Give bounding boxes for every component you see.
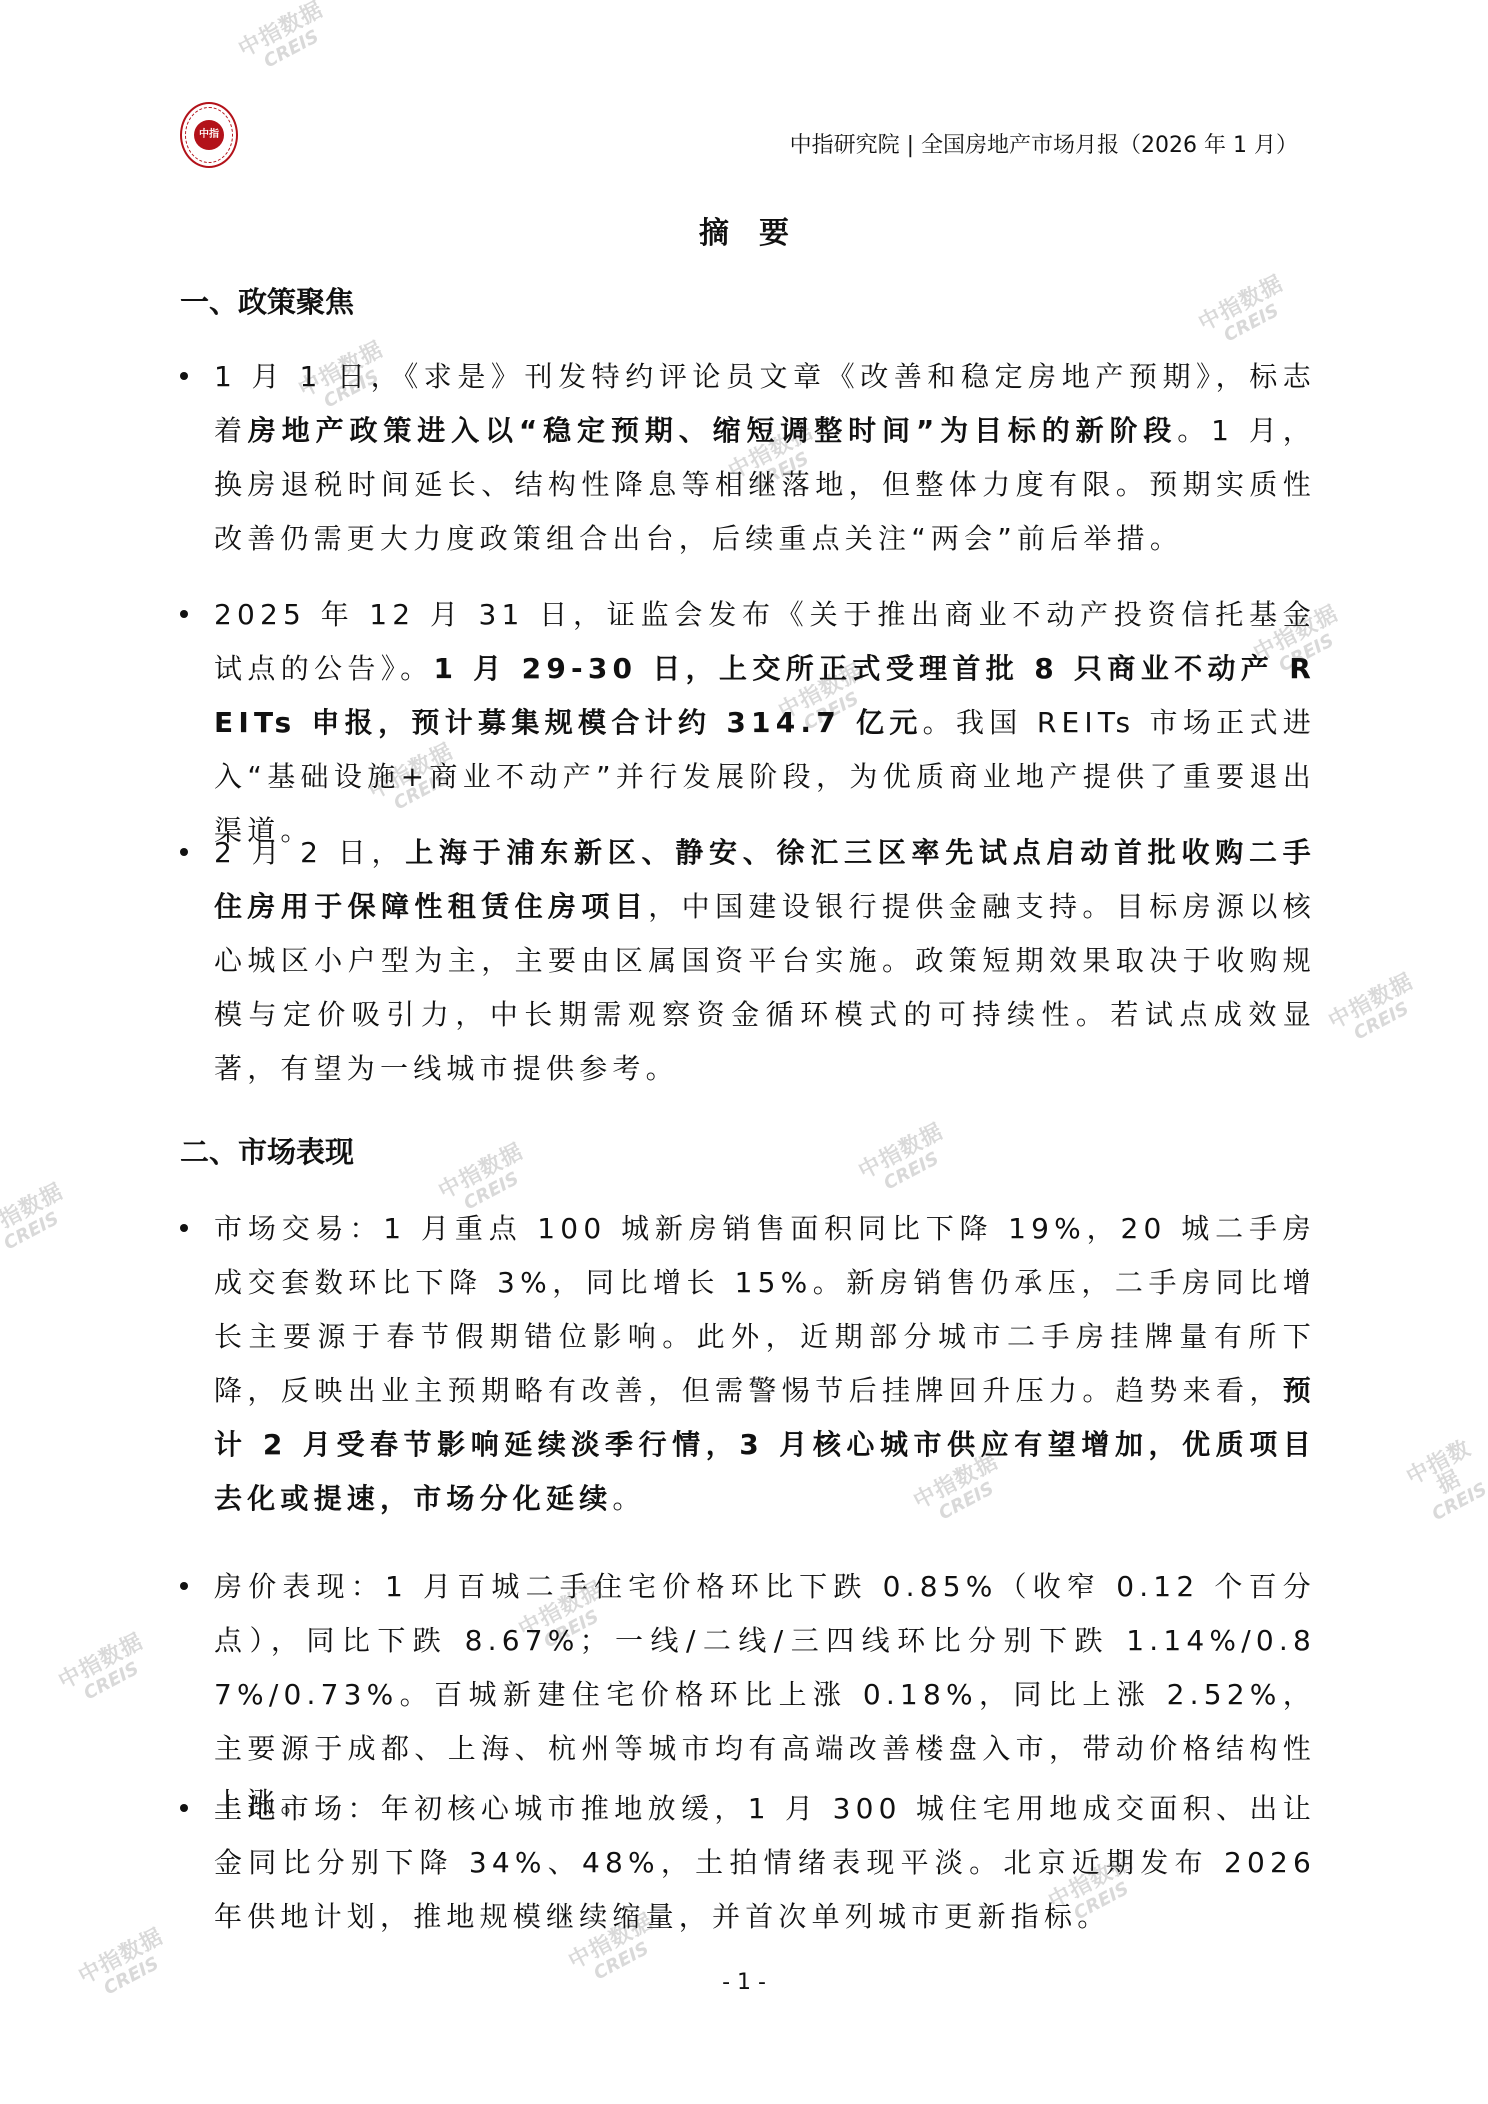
page-title: 摘要 bbox=[0, 208, 1488, 252]
section-heading-policy: 一、政策聚焦 bbox=[180, 280, 354, 321]
page-number: - 1 - bbox=[0, 1970, 1488, 1995]
list-item: 土地市场：年初核心城市推地放缓，1 月 300 城住宅用地成交面积、出让金同比分… bbox=[176, 1782, 1316, 1944]
watermark: 中指数据CREIS bbox=[56, 1631, 157, 1711]
report-header-title: 中指研究院 | 全国房地产市场月报（2026 年 1 月） bbox=[790, 128, 1298, 159]
list-item: 2 月 2 日，上海于浦东新区、静安、徐汇三区率先试点启动首批收购二手住房用于保… bbox=[176, 826, 1316, 1096]
watermark: 中指数据CREIS bbox=[1326, 971, 1427, 1051]
list-item: 2025 年 12 月 31 日，证监会发布《关于推出商业不动产投资信托基金试点… bbox=[176, 588, 1316, 858]
bullet-icon bbox=[180, 1582, 188, 1590]
bullet-text: 市场交易：1 月重点 100 城新房销售面积同比下降 19%，20 城二手房成交… bbox=[214, 1202, 1316, 1526]
bullet-icon bbox=[180, 1224, 188, 1232]
bullet-text: 1 月 1 日，《求是》刊发特约评论员文章《改善和稳定房地产预期》，标志着房地产… bbox=[214, 350, 1316, 566]
watermark: 中指数据CREIS bbox=[856, 1121, 957, 1201]
watermark: 中指数据CREIS bbox=[1196, 273, 1297, 353]
bullet-text: 土地市场：年初核心城市推地放缓，1 月 300 城住宅用地成交面积、出让金同比分… bbox=[214, 1782, 1316, 1944]
list-item: 市场交易：1 月重点 100 城新房销售面积同比下降 19%，20 城二手房成交… bbox=[176, 1202, 1316, 1526]
list-item: 1 月 1 日，《求是》刊发特约评论员文章《改善和稳定房地产预期》，标志着房地产… bbox=[176, 350, 1316, 566]
logo-ring-icon bbox=[185, 107, 233, 163]
watermark: 中指数据CREIS bbox=[236, 0, 337, 79]
document-page: 中指数据CREIS 中指数据CREIS 中指数据CREIS 中指数据CREIS … bbox=[0, 0, 1488, 2104]
watermark: 中指数据CREIS bbox=[1400, 1435, 1488, 1528]
bullet-icon bbox=[180, 372, 188, 380]
bullet-text: 2 月 2 日，上海于浦东新区、静安、徐汇三区率先试点启动首批收购二手住房用于保… bbox=[214, 826, 1316, 1096]
section-heading-market: 二、市场表现 bbox=[180, 1130, 354, 1171]
bullet-icon bbox=[180, 610, 188, 618]
watermark: 中指数据CREIS bbox=[0, 1181, 76, 1261]
bullet-text: 2025 年 12 月 31 日，证监会发布《关于推出商业不动产投资信托基金试点… bbox=[214, 588, 1316, 858]
bullet-icon bbox=[180, 848, 188, 856]
institute-logo: 中指 bbox=[180, 102, 238, 168]
bullet-icon bbox=[180, 1804, 188, 1812]
